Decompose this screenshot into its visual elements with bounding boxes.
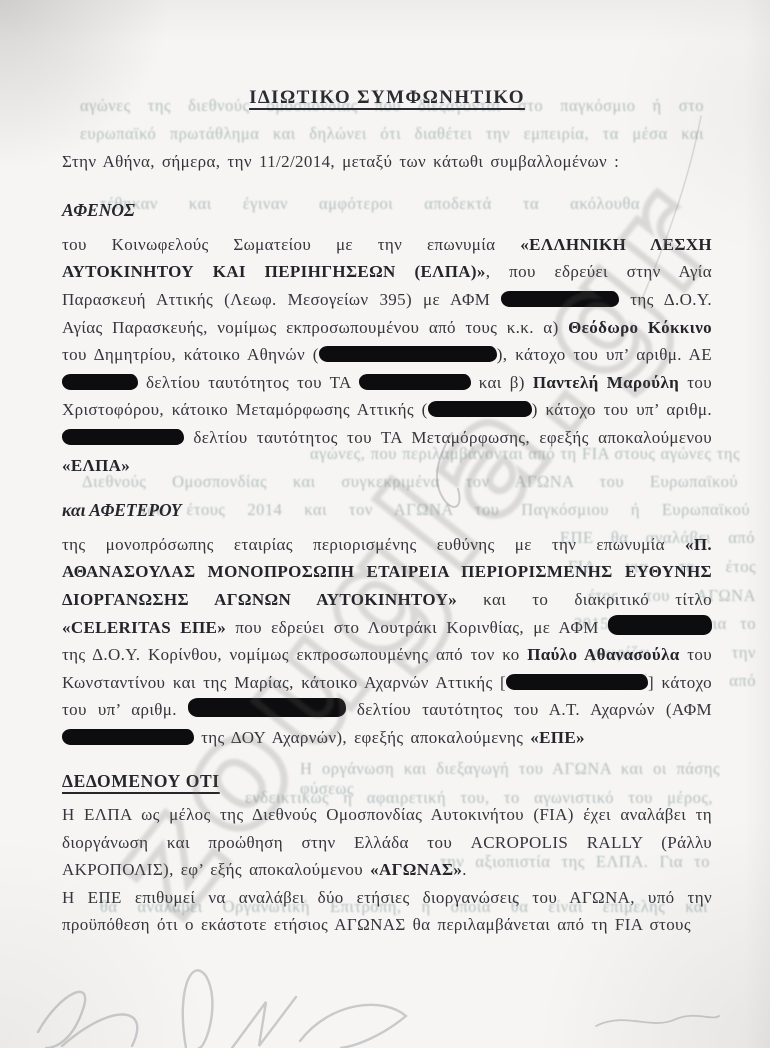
text-run: και β) — [471, 373, 533, 392]
text-run: δελτίου ταυτότητος του ΤΑ Μεταμόρφωσης, … — [184, 428, 712, 447]
paragraph-second-party: της μονοπρόσωπης εταιρίας περιορισμένης … — [62, 531, 712, 752]
text-run: της μονοπρόσωπης εταιρίας περιορισμένης … — [62, 535, 685, 554]
heading-dedomenou-oti: ΔΕΔΟΜΕΝΟΥ ΟΤΙ — [62, 768, 712, 796]
redaction-bar — [506, 674, 648, 690]
text-run-bold: Θεόδωρο Κόκκινο — [568, 318, 712, 337]
redaction-bar — [608, 615, 712, 635]
text-run: της ΔΟΥ Αχαρνών), εφεξής αποκαλούμενης — [194, 728, 530, 747]
redaction-bar — [428, 401, 532, 417]
text-run: δελτίου ταυτότητος του ΤΑ — [138, 373, 359, 392]
redaction-bar — [501, 291, 619, 307]
text-run-bold: «ΑΓΩΝΑΣ» — [370, 860, 462, 879]
redaction-bar — [62, 374, 138, 390]
redaction-bar — [188, 698, 346, 717]
paragraph-first-party: του Κοινωφελούς Σωματείου με την επωνυμί… — [62, 231, 712, 479]
text-run: του Κοινωφελούς Σωματείου με την επωνυμί… — [62, 235, 520, 254]
text-run: . — [462, 860, 467, 879]
text-run: που εδρεύει στο Λουτράκι Κορινθίας, με Α… — [226, 618, 608, 637]
document-body: ΙΔΙΩΤΙΚΟ ΣΥΜΦΩΝΗΤΙΚΟ Στην Αθήνα, σήμερα,… — [62, 84, 712, 939]
redaction-bar — [62, 429, 184, 445]
text-run-bold: «CELERITAS ΕΠΕ» — [62, 618, 226, 637]
heading-afenos: ΑΦΕΝΟΣ — [62, 197, 712, 225]
text-run-bold: Παύλο Αθανασούλα — [527, 645, 679, 664]
document-title: ΙΔΙΩΤΙΚΟ ΣΥΜΦΩΝΗΤΙΚΟ — [62, 84, 712, 112]
text-run: δελτίου ταυτότητος του Α.Τ. Αχαρνών (ΑΦΜ — [346, 700, 712, 719]
paragraph-recital-2: Η ΕΠΕ επιθυμεί να αναλάβει δύο ετήσιες δ… — [62, 884, 712, 939]
text-run-bold: Παντελή Μαρούλη — [533, 373, 679, 392]
redaction-bar — [62, 729, 194, 745]
redaction-bar — [319, 346, 497, 362]
text-run: ), κάτοχο του υπ’ αριθμ. ΑΕ — [497, 345, 712, 364]
paragraph-recital-1: Η ΕΛΠΑ ως μέλος της Διεθνούς Ομοσπονδίας… — [62, 801, 712, 884]
redaction-bar — [359, 374, 471, 390]
heading-afeterou: και ΑΦΕΤΕΡΟΥ — [62, 497, 712, 525]
intro-line: Στην Αθήνα, σήμερα, την 11/2/2014, μεταξ… — [62, 148, 712, 176]
text-run: ) κάτοχο του υπ’ αριθμ. — [532, 400, 712, 419]
text-run-bold: «ΕΠΕ» — [530, 728, 585, 747]
text-run-bold: «ΕΛΠΑ» — [62, 456, 130, 475]
text-run: της Δ.Ο.Υ. Κορίνθου, νομίμως εκπροσωπουμ… — [62, 645, 527, 664]
text-run: του Δημητρίου, κάτοικο Αθηνών ( — [62, 345, 319, 364]
scanned-document-page: αγώνες της διεθνούς ομοσπονδίας που διεξ… — [0, 0, 770, 1048]
text-run: και το διακριτικό τίτλο — [457, 590, 712, 609]
